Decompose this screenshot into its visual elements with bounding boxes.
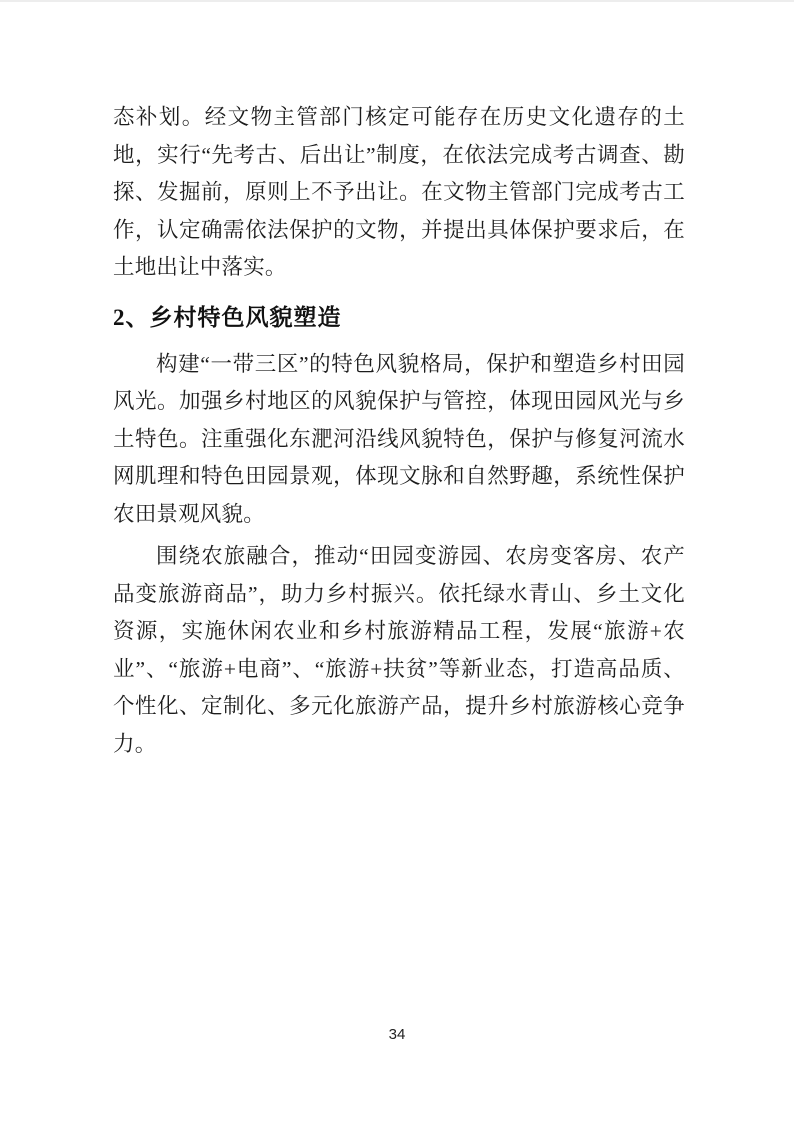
paragraph-rural-scenery: 构建“一带三区”的特色风貌格局，保护和塑造乡村田园风光。加强乡村地区的风貌保护与…	[113, 346, 685, 534]
paragraph-agritourism: 围绕农旅融合，推动“田园变游园、农房变客房、农产品变旅游商品”，助力乡村振兴。依…	[113, 538, 685, 763]
section-heading: 2、乡村特色风貌塑造	[113, 298, 685, 338]
page-footer: 34	[0, 1026, 794, 1044]
page-number: 34	[389, 1026, 406, 1043]
page-content: 态补划。经文物主管部门核定可能存在历史文化遗存的土地，实行“先考古、后出让”制度…	[113, 99, 685, 768]
paragraph-continuation: 态补划。经文物主管部门核定可能存在历史文化遗存的土地，实行“先考古、后出让”制度…	[113, 99, 685, 287]
document-page: 态补划。经文物主管部门核定可能存在历史文化遗存的土地，实行“先考古、后出让”制度…	[0, 0, 794, 1122]
